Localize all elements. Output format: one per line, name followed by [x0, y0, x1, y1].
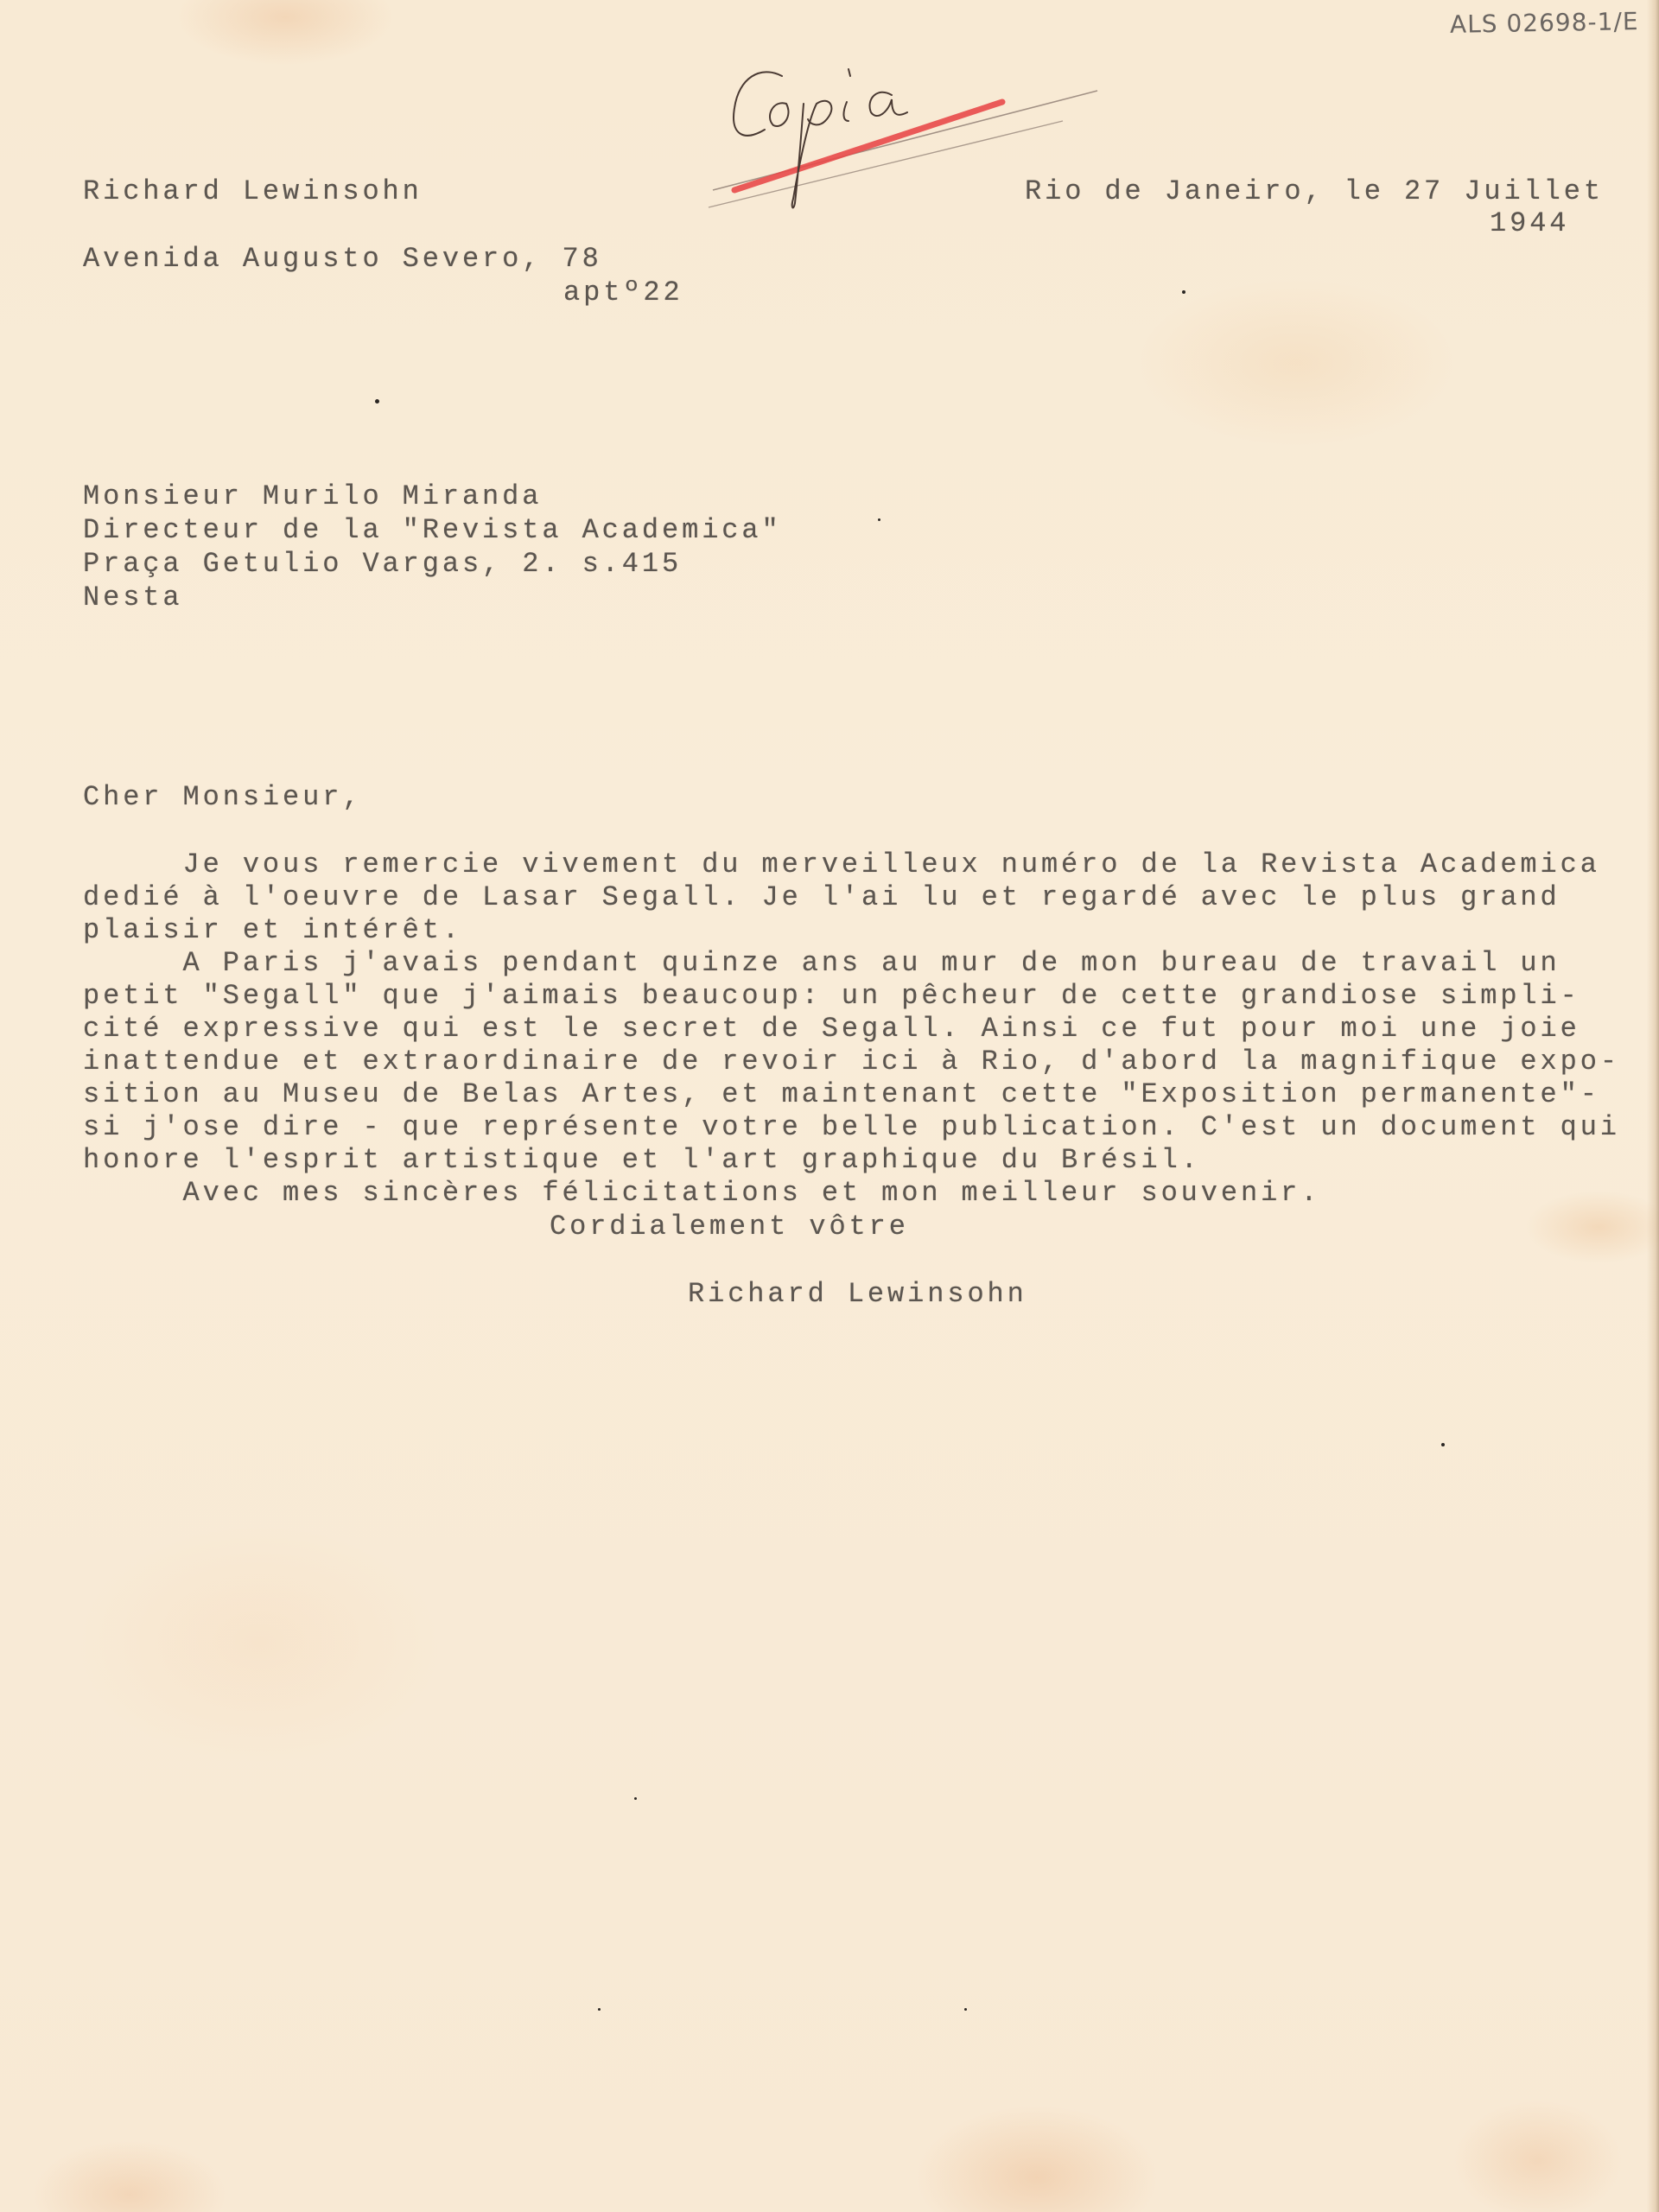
signature: Richard Lewinsohn [688, 1278, 1027, 1312]
recipient-line2: Directeur de la "Revista Academica" [83, 514, 782, 548]
archive-code: ALS 02698-1/E [1450, 7, 1639, 39]
body-line: cité expressive qui est le secret de Seg… [83, 1013, 1580, 1046]
sender-address-line2: aptº22 [563, 276, 683, 310]
sender-name: Richard Lewinsohn [83, 175, 423, 209]
ink-speck [878, 518, 880, 521]
body-line: Avec mes sincères félicitations et mon m… [83, 1177, 1320, 1211]
sender-address-line1: Avenida Augusto Severo, 78 [83, 243, 602, 276]
body-line: petit "Segall" que j'aimais beaucoup: un… [83, 980, 1580, 1014]
ink-speck [1182, 290, 1185, 294]
body-line: plaisir et intérêt. [83, 914, 462, 948]
place-date-year: 1944 [1490, 207, 1569, 241]
body-line: Je vous remercie vivement du merveilleux… [83, 849, 1600, 882]
salutation: Cher Monsieur, [83, 781, 362, 815]
ink-speck [1441, 1443, 1445, 1446]
body-line: A Paris j'avais pendant quinze ans au mu… [83, 947, 1560, 981]
ink-speck [598, 2008, 601, 2011]
body-line: inattendue et extraordinaire de revoir i… [83, 1046, 1620, 1079]
place-date-line1: Rio de Janeiro, le 27 Juillet [1025, 175, 1604, 209]
recipient-line3: Praça Getulio Vargas, 2. s.415 [83, 548, 682, 582]
body-line: honore l'esprit artistique et l'art grap… [83, 1144, 1201, 1178]
recipient-line1: Monsieur Murilo Miranda [83, 480, 542, 514]
body-line: sition au Museu de Belas Artes, et maint… [83, 1078, 1600, 1112]
ink-speck [964, 2008, 967, 2011]
body-line: dedié à l'oeuvre de Lasar Segall. Je l'a… [83, 881, 1560, 915]
paper-edge [1647, 0, 1659, 2212]
closing: Cordialement vôtre [550, 1211, 909, 1244]
ink-speck [375, 399, 379, 404]
recipient-line4: Nesta [83, 582, 183, 615]
ink-speck [634, 1797, 637, 1800]
body-line: si j'ose dire - que représente votre bel… [83, 1111, 1620, 1145]
